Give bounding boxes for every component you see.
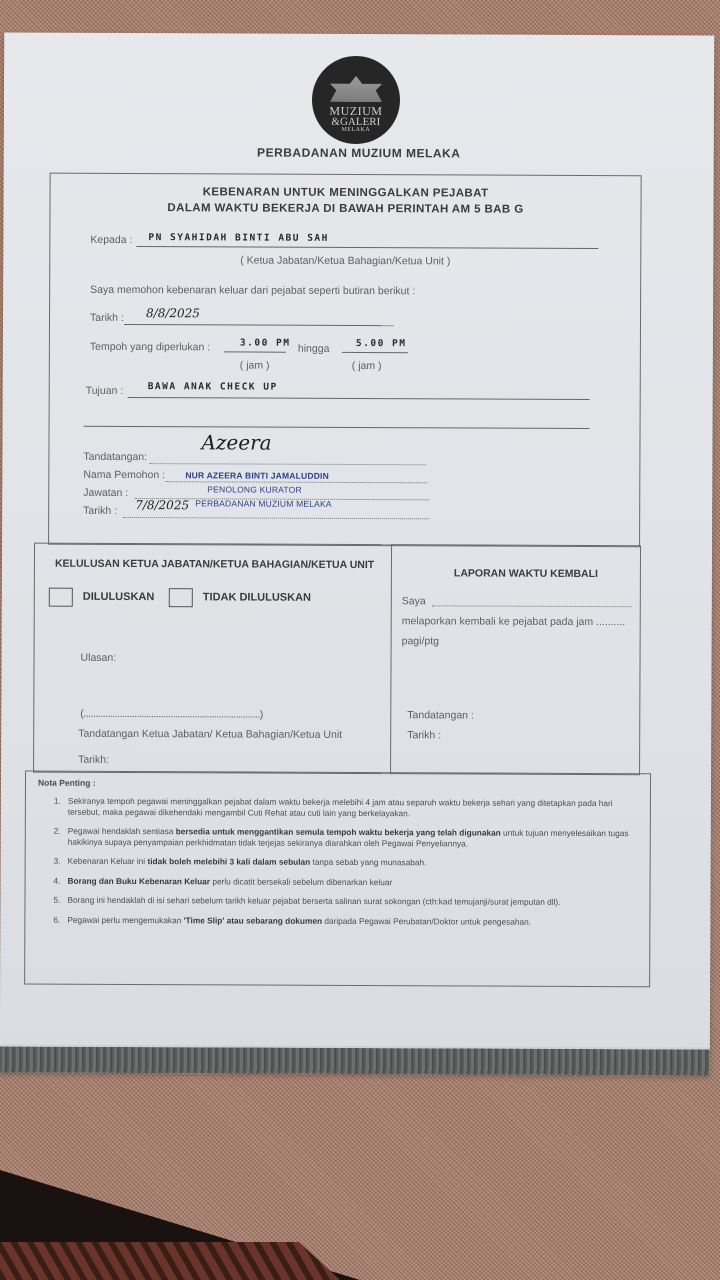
note-item: 3.Kebenaran Keluar ini tidak boleh meleb…: [54, 856, 640, 869]
tandatangan-label: Tandatangan:: [83, 451, 147, 463]
nama-value[interactable]: NUR AZEERA BINTI JAMALUDDIN: [185, 470, 329, 481]
tempoh-from-value[interactable]: 3.00 PM: [240, 337, 291, 348]
important-notes-section: Nota Penting : 1.Sekiranya tempoh pegawa…: [24, 771, 651, 988]
kepada-label: Kepada :: [90, 234, 132, 246]
nama-dots: [165, 481, 427, 483]
note-item: 2.Pegawai hendaklah sentiasa bersedia un…: [54, 826, 640, 850]
note-item: 5.Borang ini hendaklah di isi sehari seb…: [53, 895, 639, 908]
kepada-caption: ( Ketua Jabatan/Ketua Bahagian/Ketua Uni…: [50, 254, 640, 269]
approval-section: KELULUSAN KETUA JABATAN/KETUA BAHAGIAN/K…: [33, 543, 392, 775]
approval-title: KELULUSAN KETUA JABATAN/KETUA BAHAGIAN/K…: [55, 558, 374, 571]
notes-title: Nota Penting :: [38, 778, 96, 788]
return-report-section: LAPORAN WAKTU KEMBALI Saya melaporkan ke…: [390, 544, 641, 775]
tempoh-label: Tempoh yang diperlukan :: [90, 341, 210, 354]
museum-logo: MUZIUM &GALERI MELAKA: [312, 56, 400, 144]
form-title-line2: DALAM WAKTU BEKERJA DI BAWAH PERINTAH AM…: [50, 202, 640, 217]
note-item: 6.Pegawai perlu mengemukakan 'Time Slip'…: [53, 914, 639, 927]
return-tarikh-label: Tarikh :: [407, 729, 441, 741]
ampm-text: pagi/ptg: [402, 635, 439, 647]
tujuan-value[interactable]: BAWA ANAK CHECK UP: [148, 381, 278, 393]
rejected-checkbox[interactable]: [169, 588, 193, 607]
application-section: KEBENARAN UNTUK MENINGGALKAN PEJABAT DAL…: [48, 173, 642, 548]
logo-line3: MELAKA: [341, 127, 370, 134]
tempoh-from-line: [224, 351, 286, 352]
nama-label: Nama Pemohon :: [83, 469, 165, 481]
tarikh-line: [124, 324, 394, 326]
tarikh-label: Tarikh :: [90, 312, 124, 324]
saya-dots[interactable]: [432, 605, 632, 607]
tarikh2-value[interactable]: 7/8/2025: [135, 498, 189, 512]
paper-bottom-edge: [0, 1044, 710, 1075]
jam-caption-to: ( jam ): [352, 360, 382, 372]
head-signature-field[interactable]: (.......................................…: [80, 708, 263, 721]
tempoh-to-value[interactable]: 5.00 PM: [356, 338, 407, 349]
note-item: 4.Borang dan Buku Kebenaran Keluar perlu…: [54, 875, 640, 888]
saya-label: Saya: [402, 595, 426, 607]
notes-list: 1.Sekiranya tempoh pegawai meninggalkan …: [53, 796, 640, 937]
tarikh2-dots: [123, 517, 429, 519]
hingga-label: hingga: [298, 343, 330, 355]
tarikh-value[interactable]: 8/8/2025: [146, 306, 200, 320]
tujuan-line: [128, 397, 590, 400]
tarikh2-label: Tarikh :: [83, 505, 117, 517]
ulasan-label: Ulasan:: [81, 652, 117, 664]
approval-tarikh-label: Tarikh:: [78, 754, 109, 766]
note-item: 1.Sekiranya tempoh pegawai meninggalkan …: [54, 796, 640, 820]
report-text: melaporkan kembali ke pejabat pada jam .…: [402, 615, 626, 628]
return-tandatangan-label: Tandatangan :: [407, 709, 474, 721]
form-paper: MUZIUM &GALERI MELAKA PERBADANAN MUZIUM …: [0, 32, 714, 1075]
approved-checkbox[interactable]: [49, 588, 73, 607]
logo-line2: &GALERI: [331, 117, 380, 127]
tandatangan-dots: [149, 463, 425, 465]
tujuan-label: Tujuan :: [86, 385, 124, 397]
head-signature-caption: Tandatangan Ketua Jabatan/ Ketua Bahagia…: [78, 728, 342, 741]
rejected-label: TIDAK DILULUSKAN: [203, 591, 311, 603]
background-rug: [0, 1242, 340, 1280]
organization-name: PERBADANAN MUZIUM MELAKA: [4, 144, 714, 161]
museum-roof-icon: [330, 76, 382, 102]
kepada-value[interactable]: PN SYAHIDAH BINTI ABU SAH: [148, 232, 329, 244]
return-report-title: LAPORAN WAKTU KEMBALI: [454, 567, 598, 580]
request-text: Saya memohon kebenaran keluar dari pejab…: [90, 284, 415, 297]
tujuan-line-2: [84, 426, 590, 429]
applicant-signature: Azeera: [201, 430, 271, 454]
approved-label: DILULUSKAN: [83, 591, 155, 603]
jam-caption-from: ( jam ): [240, 359, 270, 371]
jawatan-label: Jawatan :: [83, 487, 128, 499]
tempoh-to-line: [342, 352, 408, 353]
form-title-line1: KEBENARAN UNTUK MENINGGALKAN PEJABAT: [51, 186, 641, 201]
stamp-organization: PERBADANAN MUZIUM MELAKA: [195, 498, 332, 509]
kepada-line: [136, 246, 598, 249]
jawatan-value[interactable]: PENOLONG KURATOR: [207, 484, 302, 494]
